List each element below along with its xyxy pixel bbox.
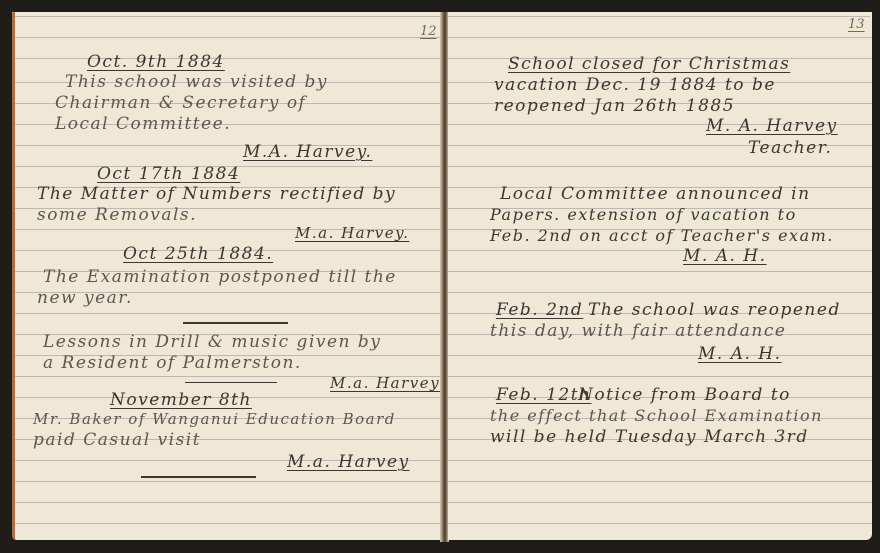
entry-line: Local Committee announced in bbox=[500, 184, 811, 204]
left-page: 12 Oct. 9th 1884 This school was visited… bbox=[12, 12, 445, 540]
entry-line: Chairman & Secretary of bbox=[55, 93, 306, 113]
separator-rule bbox=[141, 476, 256, 478]
entry-date: Oct 17th 1884 bbox=[97, 164, 240, 184]
signature: M. A. H. bbox=[683, 246, 767, 266]
signature: M. A. H. bbox=[698, 344, 782, 364]
entry-line: Mr. Baker of Wanganui Education Board bbox=[33, 410, 396, 428]
entry-line: this day, with fair attendance bbox=[490, 321, 786, 341]
separator-rule bbox=[183, 322, 288, 324]
entry-line: Papers. extension of vacation to bbox=[490, 205, 797, 224]
entry-line: Lessons in Drill & music given by bbox=[43, 332, 381, 352]
entry-line: reopened Jan 26th 1885 bbox=[494, 96, 735, 116]
entry-line: paid Casual visit bbox=[33, 430, 201, 450]
entry-line: The Matter of Numbers rectified by bbox=[37, 184, 396, 204]
page-number-left: 12 bbox=[420, 24, 437, 39]
entry-line: School closed for Christmas bbox=[508, 54, 790, 74]
entry-line: Notice from Board to bbox=[578, 385, 791, 405]
right-page: 13 School closed for Christmas vacation … bbox=[448, 12, 872, 540]
signature-title: Teacher. bbox=[748, 138, 832, 158]
entry-line: The Examination postponed till the bbox=[43, 267, 397, 287]
entry-line: The school was reopened bbox=[588, 300, 841, 320]
entry-date: Oct. 9th 1884 bbox=[87, 52, 225, 72]
entry-date: November 8th bbox=[110, 390, 252, 410]
entry-date: Feb. 2nd bbox=[496, 300, 583, 320]
signature: M.a. Harvey bbox=[287, 452, 410, 472]
entry-line: new year. bbox=[37, 288, 133, 308]
entry-date: Oct 25th 1884. bbox=[123, 244, 273, 264]
entry-line: Feb. 2nd on acct of Teacher's exam. bbox=[490, 226, 834, 245]
page-number-right: 13 bbox=[848, 17, 865, 32]
entry-line: some Removals. bbox=[37, 205, 197, 225]
entry-line: the effect that School Examination bbox=[490, 406, 823, 425]
signature: M.a. Harvey bbox=[330, 374, 440, 392]
entry-line: will be held Tuesday March 3rd bbox=[490, 427, 809, 447]
signature: M.A. Harvey. bbox=[243, 142, 372, 162]
entry-line: vacation Dec. 19 1884 to be bbox=[494, 75, 776, 95]
entry-line: Local Committee. bbox=[55, 114, 231, 134]
signature: M. A. Harvey bbox=[706, 116, 838, 136]
separator-rule bbox=[185, 382, 277, 383]
entry-line: a Resident of Palmerston. bbox=[43, 353, 302, 373]
signature: M.a. Harvey. bbox=[295, 224, 409, 242]
entry-line: This school was visited by bbox=[65, 72, 328, 92]
